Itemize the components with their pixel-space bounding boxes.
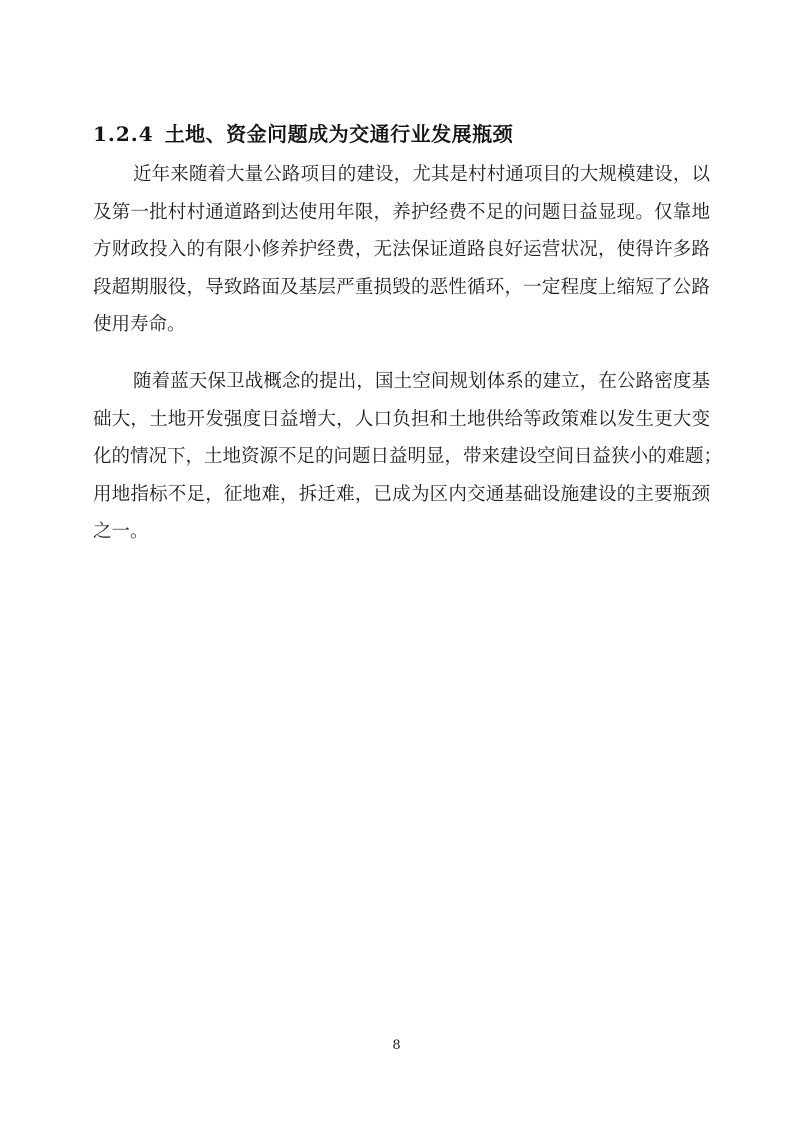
paragraph-line: 方财政投入的有限小修养护经费，无法保证道路良好运营状况，使得许多路 — [93, 231, 710, 269]
paragraph-line: 段超期服役，导致路面及基层严重损毁的恶性循环，一定程度上缩短了公路 — [93, 269, 710, 307]
paragraph-line: 化的情况下，土地资源不足的问题日益明显，带来建设空间日益狭小的难题； — [93, 438, 710, 476]
section-number: 1.2.4 — [93, 122, 154, 146]
paragraph-line: 础大，土地开发强度日益增大，人口负担和土地供给等政策难以发生更大变 — [93, 401, 710, 439]
page-number: 8 — [392, 1038, 400, 1053]
paragraph-line: 使用寿命。 — [93, 306, 710, 344]
paragraph-line: 随着蓝天保卫战概念的提出，国土空间规划体系的建立，在公路密度基 — [93, 363, 710, 401]
paragraph-line: 用地指标不足，征地难，拆迁难，已成为区内交通基础设施建设的主要瓶颈 — [93, 476, 710, 514]
paragraph-line: 及第一批村村通道路到达使用年限，养护经费不足的问题日益显现。仅靠地 — [93, 194, 710, 232]
paragraph-2: 随着蓝天保卫战概念的提出，国土空间规划体系的建立，在公路密度基础大，土地开发强度… — [93, 363, 710, 551]
page-footer: 8 — [0, 1038, 793, 1053]
section-heading: 1.2.4土地、资金问题成为交通行业发展瓶颈 — [93, 118, 713, 147]
paragraph-line: 之一。 — [93, 513, 710, 551]
document-page: 1.2.4土地、资金问题成为交通行业发展瓶颈 近年来随着大量公路项目的建设，尤其… — [0, 0, 793, 1122]
section-title: 土地、资金问题成为交通行业发展瓶颈 — [165, 122, 514, 146]
paragraph-line: 近年来随着大量公路项目的建设，尤其是村村通项目的大规模建设，以 — [93, 156, 710, 194]
paragraph-1: 近年来随着大量公路项目的建设，尤其是村村通项目的大规模建设，以及第一批村村通道路… — [93, 156, 710, 344]
